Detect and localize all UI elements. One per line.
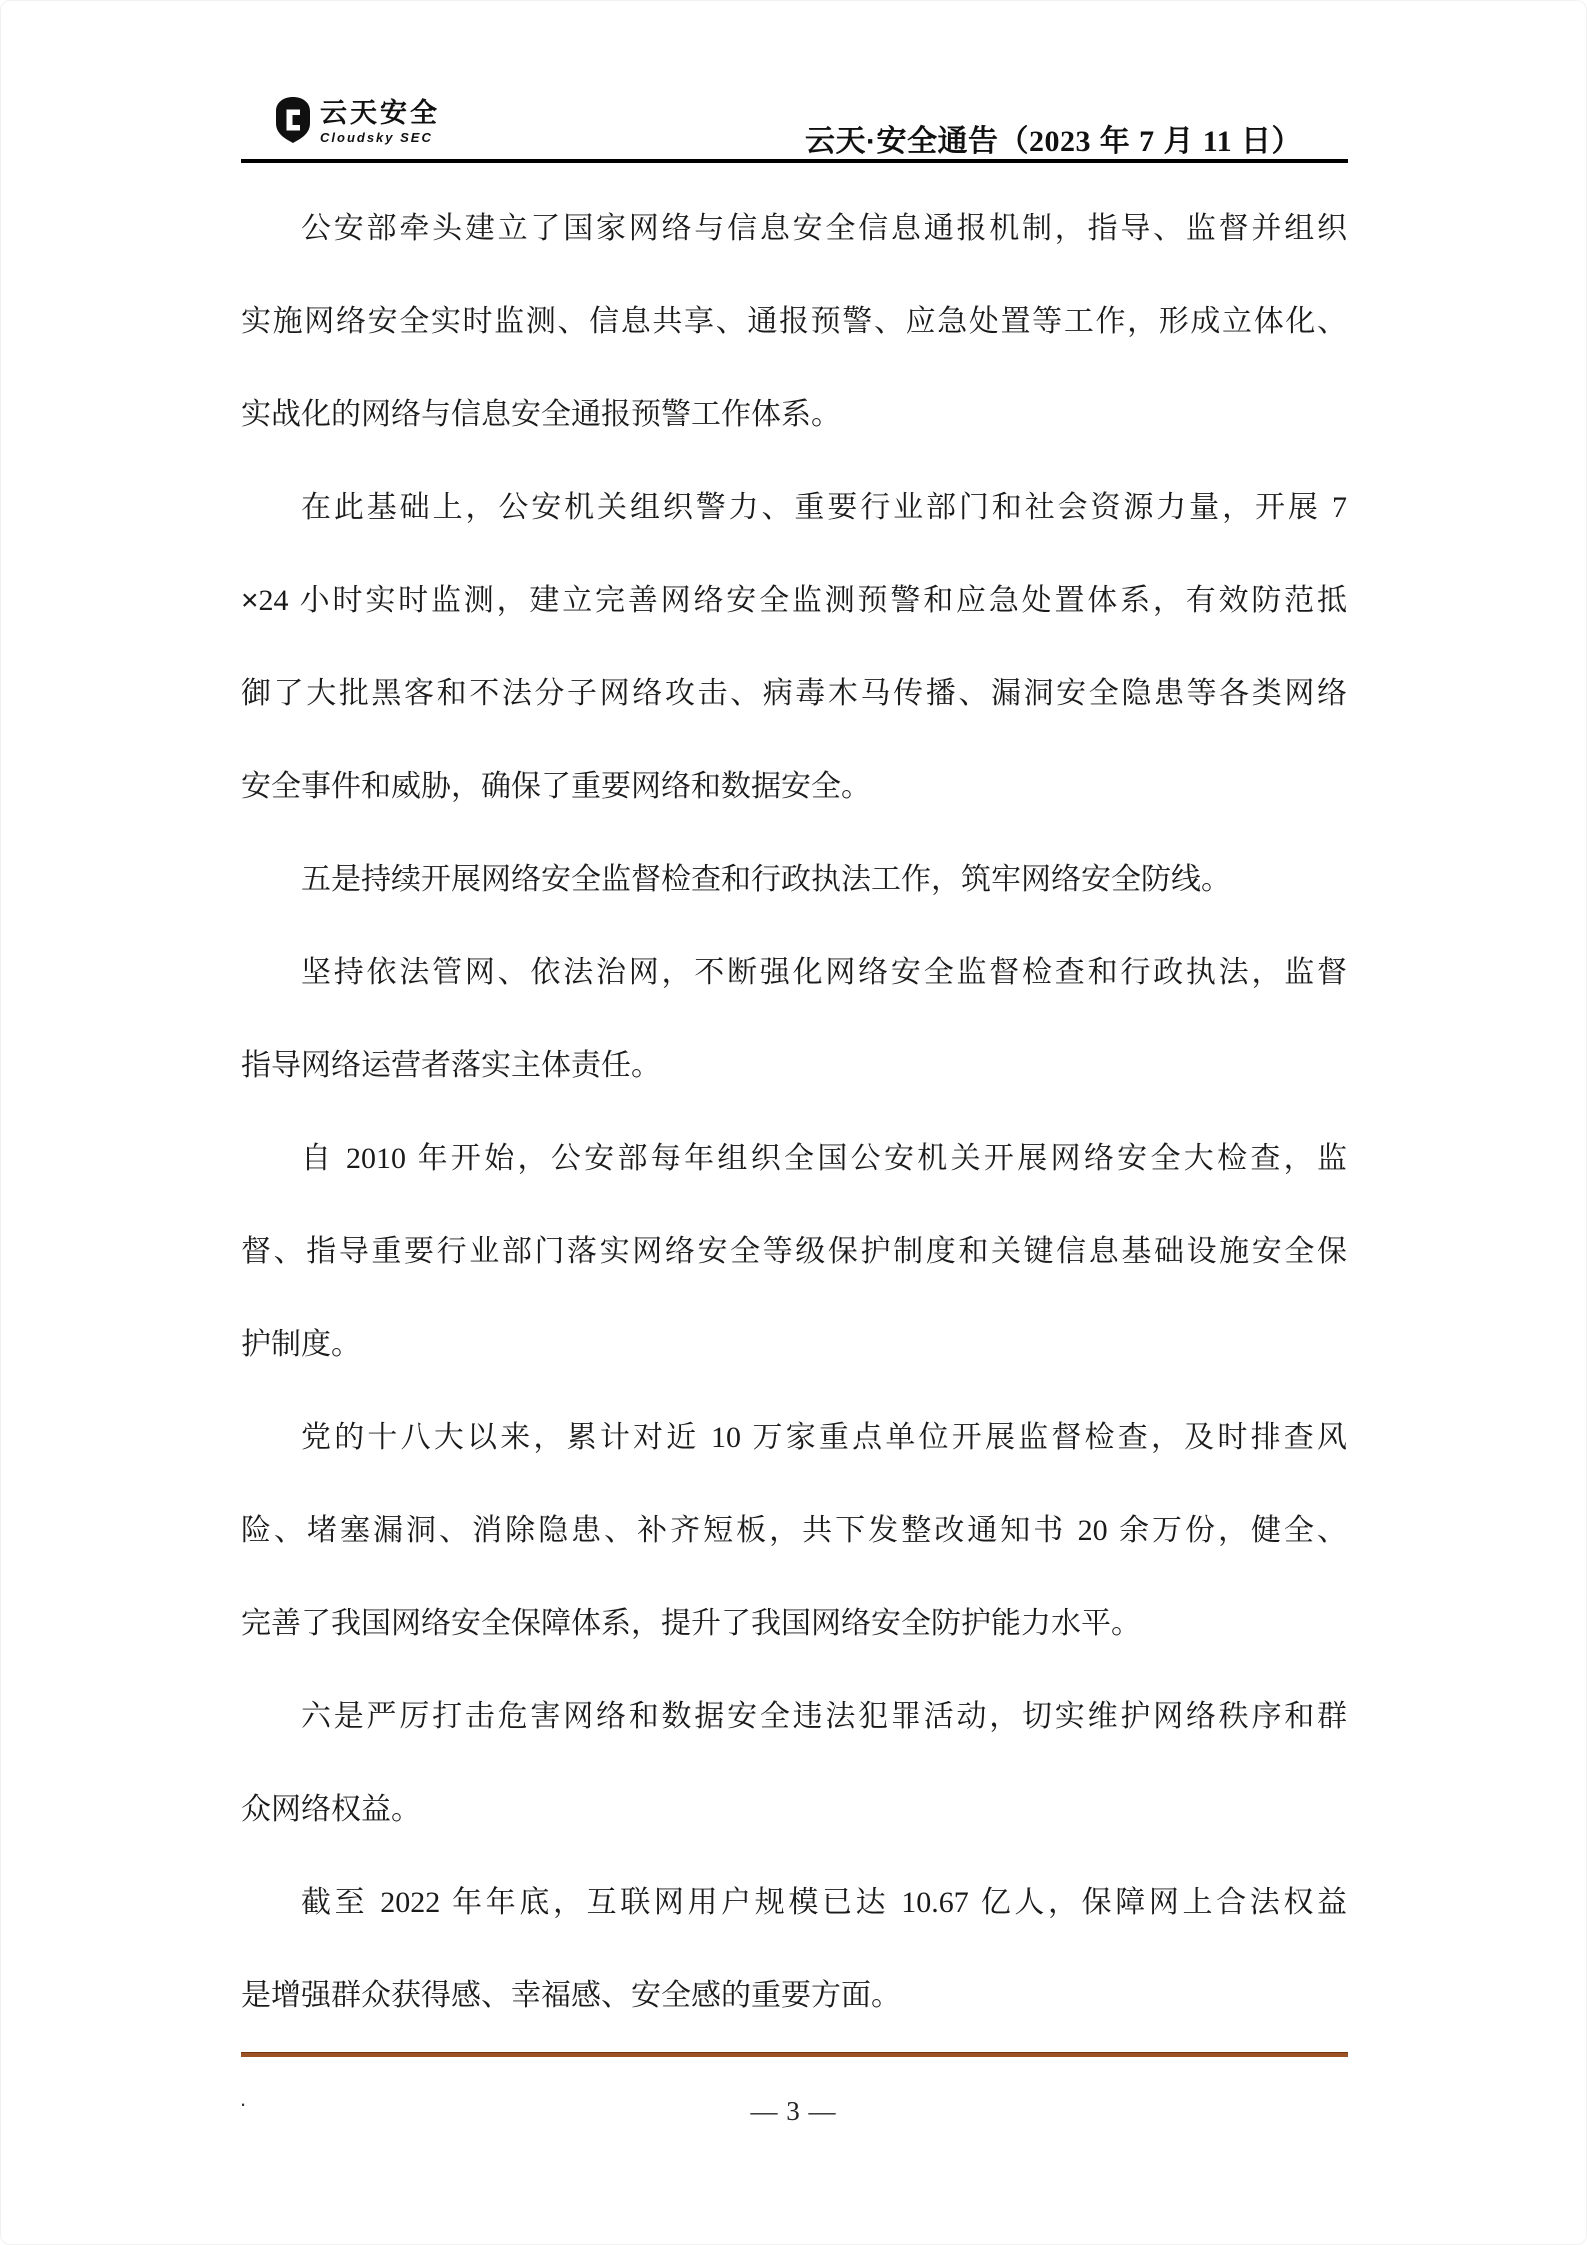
text-line: 党的十八大以来，累计对近 10 万家重点单位开展监督检查，及时排查风 [241,1391,1347,1484]
logo-text: 云天安全 Cloudsky SEC [320,97,440,145]
text-line: 指导网络运营者落实主体责任。 [241,1019,1347,1112]
paragraph: 在此基础上，公安机关组织警力、重要行业部门和社会资源力量，开展 7×24 小时实… [241,461,1347,833]
logo: 云天安全 Cloudsky SEC [276,97,440,145]
logo-subtitle: Cloudsky SEC [320,130,440,145]
logo-name: 云天安全 [320,99,440,127]
text-line: 完善了我国网络安全保障体系，提升了我国网络安全防护能力水平。 [241,1577,1347,1670]
text-line: 险、堵塞漏洞、消除隐患、补齐短板，共下发整改通知书 20 余万份，健全、 [241,1484,1347,1577]
document-page: 云天安全 Cloudsky SEC 云天·安全通告（2023 年 7 月 11 … [0,0,1587,2245]
paragraph: 六是严厉打击危害网络和数据安全违法犯罪活动，切实维护网络秩序和群众网络权益。 [241,1670,1347,1856]
paragraph: 自 2010 年开始，公安部每年组织全国公安机关开展网络安全大检查，监督、指导重… [241,1112,1347,1391]
text-line: 护制度。 [241,1298,1347,1391]
paragraph: 公安部牵头建立了国家网络与信息安全信息通报机制，指导、监督并组织实施网络安全实时… [241,182,1347,461]
text-line: 督、指导重要行业部门落实网络安全等级保护制度和关键信息基础设施安全保 [241,1205,1347,1298]
text-line: 实施网络安全实时监测、信息共享、通报预警、应急处置等工作，形成立体化、 [241,275,1347,368]
shield-c-logo-icon [276,97,310,143]
text-line: 公安部牵头建立了国家网络与信息安全信息通报机制，指导、监督并组织 [241,182,1347,275]
paragraph: 党的十八大以来，累计对近 10 万家重点单位开展监督检查，及时排查风险、堵塞漏洞… [241,1391,1347,1670]
paragraph: 坚持依法管网、依法治网，不断强化网络安全监督检查和行政执法，监督指导网络运营者落… [241,926,1347,1112]
text-line: 截至 2022 年年底，互联网用户规模已达 10.67 亿人，保障网上合法权益 [241,1856,1347,1949]
paragraph: 五是持续开展网络安全监督检查和行政执法工作，筑牢网络安全防线。 [241,833,1347,926]
text-line: 安全事件和威胁，确保了重要网络和数据安全。 [241,740,1347,833]
document-body: 公安部牵头建立了国家网络与信息安全信息通报机制，指导、监督并组织实施网络安全实时… [241,182,1347,2042]
text-line: ×24 小时实时监测，建立完善网络安全监测预警和应急处置体系，有效防范抵 [241,554,1347,647]
text-line: 坚持依法管网、依法治网，不断强化网络安全监督检查和行政执法，监督 [241,926,1347,1019]
footer-rule [241,2052,1348,2057]
text-line: 众网络权益。 [241,1763,1347,1856]
page-number: — 3 — [0,2096,1587,2127]
text-line: 在此基础上，公安机关组织警力、重要行业部门和社会资源力量，开展 7 [241,461,1347,554]
header-rule [241,159,1348,163]
text-line: 自 2010 年开始，公安部每年组织全国公安机关开展网络安全大检查，监 [241,1112,1347,1205]
text-line: 五是持续开展网络安全监督检查和行政执法工作，筑牢网络安全防线。 [241,833,1347,926]
text-line: 六是严厉打击危害网络和数据安全违法犯罪活动，切实维护网络秩序和群 [241,1670,1347,1763]
text-line: 是增强群众获得感、幸福感、安全感的重要方面。 [241,1949,1347,2042]
text-line: 御了大批黑客和不法分子网络攻击、病毒木马传播、漏洞安全隐患等各类网络 [241,647,1347,740]
paragraph: 截至 2022 年年底，互联网用户规模已达 10.67 亿人，保障网上合法权益是… [241,1856,1347,2042]
text-line: 实战化的网络与信息安全通报预警工作体系。 [241,368,1347,461]
bulletin-title: 云天·安全通告（2023 年 7 月 11 日） [805,116,1302,160]
